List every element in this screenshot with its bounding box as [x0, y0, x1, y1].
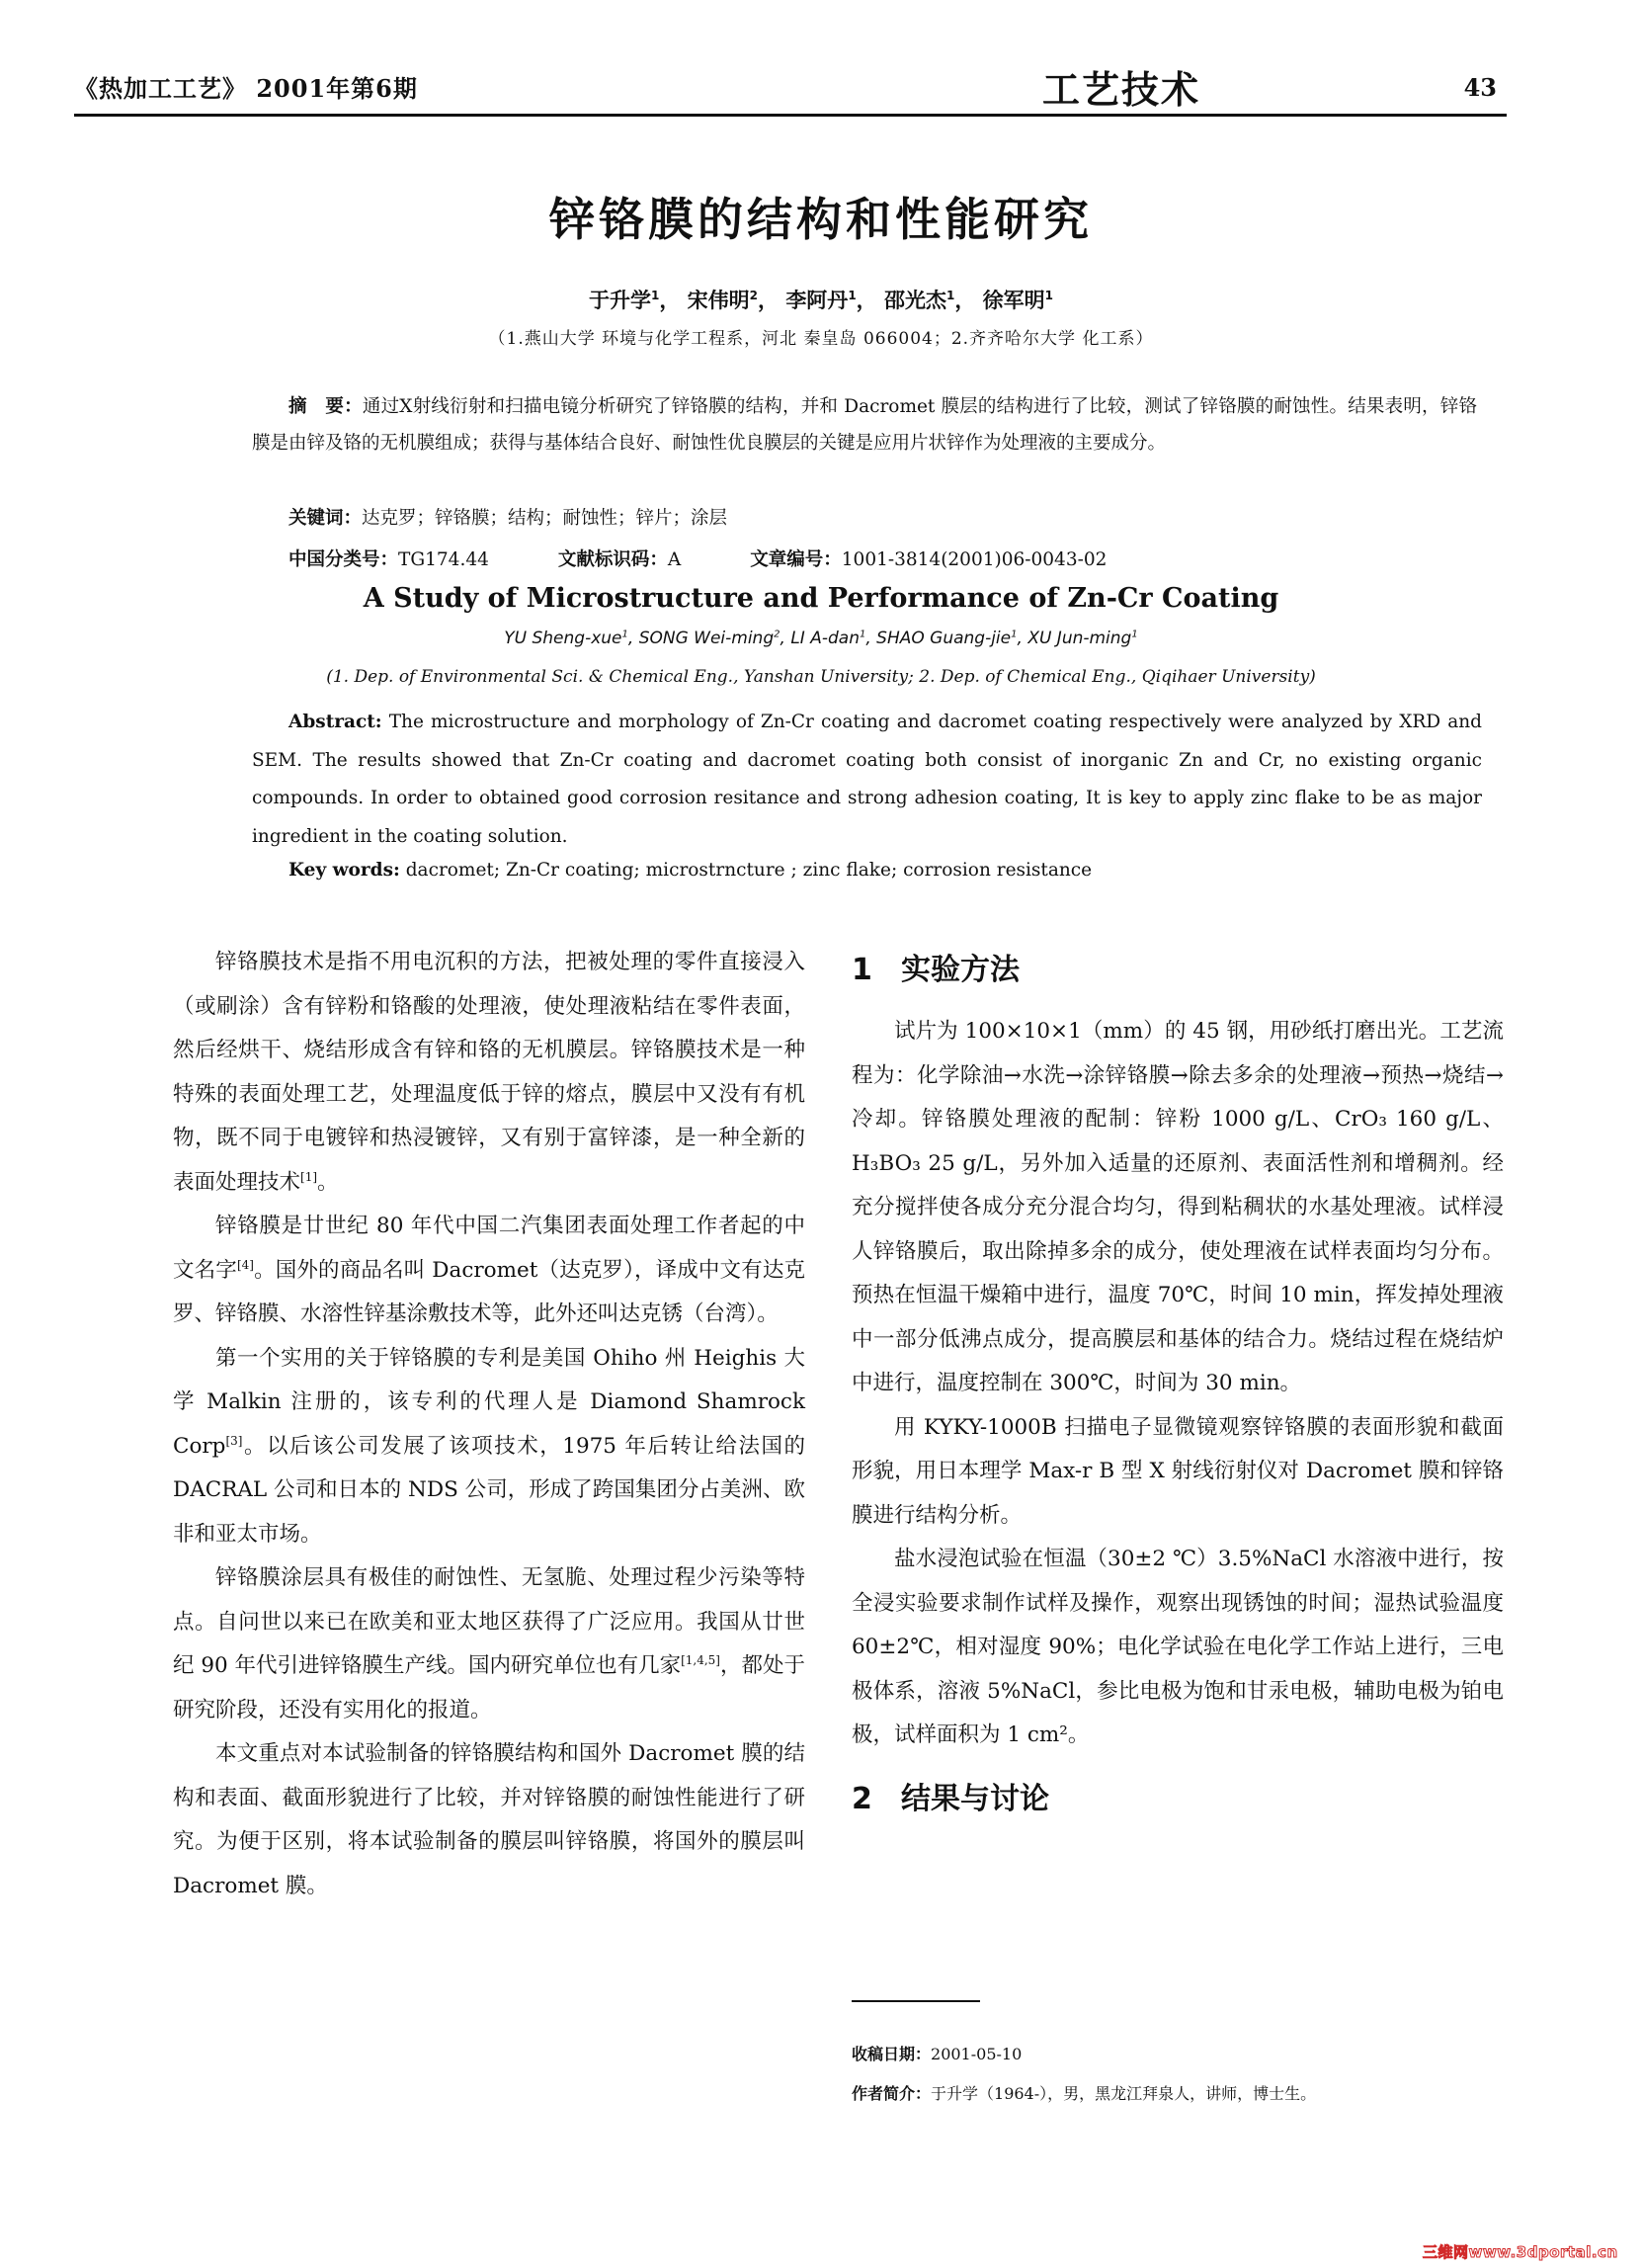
paragraph: 锌铬膜涂层具有极佳的耐蚀性、无氢脆、处理过程少污染等特点。自问世以来已在欧美和亚… [173, 1556, 805, 1732]
body-column-right: 1实验方法 试片为 100×10×1（mm）的 45 钢，用砂纸打磨出光。工艺流… [852, 941, 1504, 1839]
clc-label: 中国分类号： [288, 549, 398, 570]
keywords-en-label: Key words: [288, 860, 400, 881]
abstract-cn-text: 通过X射线衍射和扫描电镜分析研究了锌铬膜的结构，并和 Dacromet 膜层的结… [252, 396, 1477, 454]
footnote-rule [852, 2000, 980, 2002]
author: 宋伟明2 [688, 289, 758, 312]
author: 于升学1 [589, 289, 659, 312]
paragraph: 试片为 100×10×1（mm）的 45 钢，用砂纸打磨出光。工艺流程为：化学除… [852, 1010, 1504, 1406]
author-bio: 作者简介：于升学（1964-），男，黑龙江拜泉人，讲师，博士生。 [852, 2081, 1316, 2104]
paper-title-en: A Study of Microstructure and Performanc… [0, 583, 1642, 614]
header-rule [74, 114, 1507, 117]
journal-issue: 《热加工工艺》 2001年第6期 [74, 69, 418, 104]
citation: [1] [300, 1169, 317, 1183]
keywords-cn-label: 关键词： [288, 508, 362, 529]
classification-line: 中国分类号：TG174.44文献标识码：A文章编号：1001-3814(2001… [252, 546, 1477, 571]
body-column-left: 锌铬膜技术是指不用电沉积的方法，把被处理的零件直接浸入（或刷涂）含有锌粉和铬酸的… [173, 941, 805, 1908]
paragraph: 本文重点对本试验制备的锌铬膜结构和国外 Dacromet 膜的结构和表面、截面形… [173, 1732, 805, 1908]
author: YU Sheng-xue1 [504, 629, 628, 648]
citation: [1,4,5] [681, 1653, 720, 1667]
keywords-cn: 关键词：达克罗；锌铬膜；结构；耐蚀性；锌片；涂层 [252, 504, 1477, 530]
affiliation-cn: （1.燕山大学 环境与化学工程系，河北 秦皇岛 066004；2.齐齐哈尔大学 … [0, 324, 1642, 349]
affiliation-en: (1. Dep. of Environmental Sci. & Chemica… [0, 667, 1642, 687]
paragraph: 用 KYKY-1000B 扫描电子显微镜观察锌铬膜的表面形貌和截面形貌，用日本理… [852, 1406, 1504, 1539]
article-no-label: 文章编号： [750, 549, 842, 570]
page-number: 43 [1464, 73, 1497, 102]
article-no-value: 1001-3814(2001)06-0043-02 [842, 549, 1108, 570]
doc-code-label: 文献标识码： [558, 549, 668, 570]
abstract-cn: 摘 要：通过X射线衍射和扫描电镜分析研究了锌铬膜的结构，并和 Dacromet … [252, 388, 1477, 462]
paragraph: 第一个实用的关于锌铬膜的专利是美国 Ohiho 州 Heighis 大学 Mal… [173, 1337, 805, 1557]
abstract-cn-label: 摘 要： [288, 396, 363, 417]
author: SONG Wei-ming2 [639, 629, 780, 648]
citation: [4] [237, 1257, 254, 1271]
author-list-en: YU Sheng-xue1, SONG Wei-ming2, LI A-dan1… [0, 629, 1642, 648]
received-date: 收稿日期：2001-05-10 [852, 2042, 1022, 2064]
site-watermark: 三维网www.3dportal.cn [1423, 2241, 1618, 2262]
author: 徐军明1 [983, 289, 1053, 312]
keywords-cn-text: 达克罗；锌铬膜；结构；耐蚀性；锌片；涂层 [362, 508, 727, 529]
author: XU Jun-ming1 [1027, 629, 1137, 648]
paper-title-cn: 锌铬膜的结构和性能研究 [0, 184, 1642, 249]
paragraph: 锌铬膜技术是指不用电沉积的方法，把被处理的零件直接浸入（或刷涂）含有锌粉和铬酸的… [173, 941, 805, 1205]
author-list-cn: 于升学1， 宋伟明2， 李阿丹1， 邵光杰1， 徐军明1 [0, 285, 1642, 314]
author: 李阿丹1 [785, 289, 856, 312]
doc-code-value: A [668, 549, 681, 570]
keywords-en: Key words: dacromet; Zn-Cr coating; micr… [252, 860, 1482, 881]
keywords-en-text: dacromet; Zn-Cr coating; microstrncture … [406, 860, 1092, 881]
abstract-en-text: The microstructure and morphology of Zn-… [252, 712, 1482, 847]
paragraph: 锌铬膜是廿世纪 80 年代中国二汽集团表面处理工作者起的中文名字[4]。国外的商… [173, 1205, 805, 1337]
citation: [3] [225, 1433, 242, 1447]
section-heading-2: 2结果与讨论 [852, 1770, 1504, 1829]
author: LI A-dan1 [790, 629, 865, 648]
section-heading-1: 1实验方法 [852, 941, 1504, 1000]
author: SHAO Guang-jie1 [876, 629, 1017, 648]
running-header: 《热加工工艺》 2001年第6期 工艺技术 43 [74, 59, 1507, 119]
clc-value: TG174.44 [398, 549, 489, 570]
abstract-en-label: Abstract: [288, 712, 382, 732]
author: 邵光杰1 [884, 289, 954, 312]
section-label: 工艺技术 [1042, 59, 1200, 114]
abstract-en: Abstract: The microstructure and morphol… [252, 704, 1482, 856]
paragraph: 盐水浸泡试验在恒温（30±2 ℃）3.5%NaCl 水溶液中进行，按全浸实验要求… [852, 1538, 1504, 1758]
